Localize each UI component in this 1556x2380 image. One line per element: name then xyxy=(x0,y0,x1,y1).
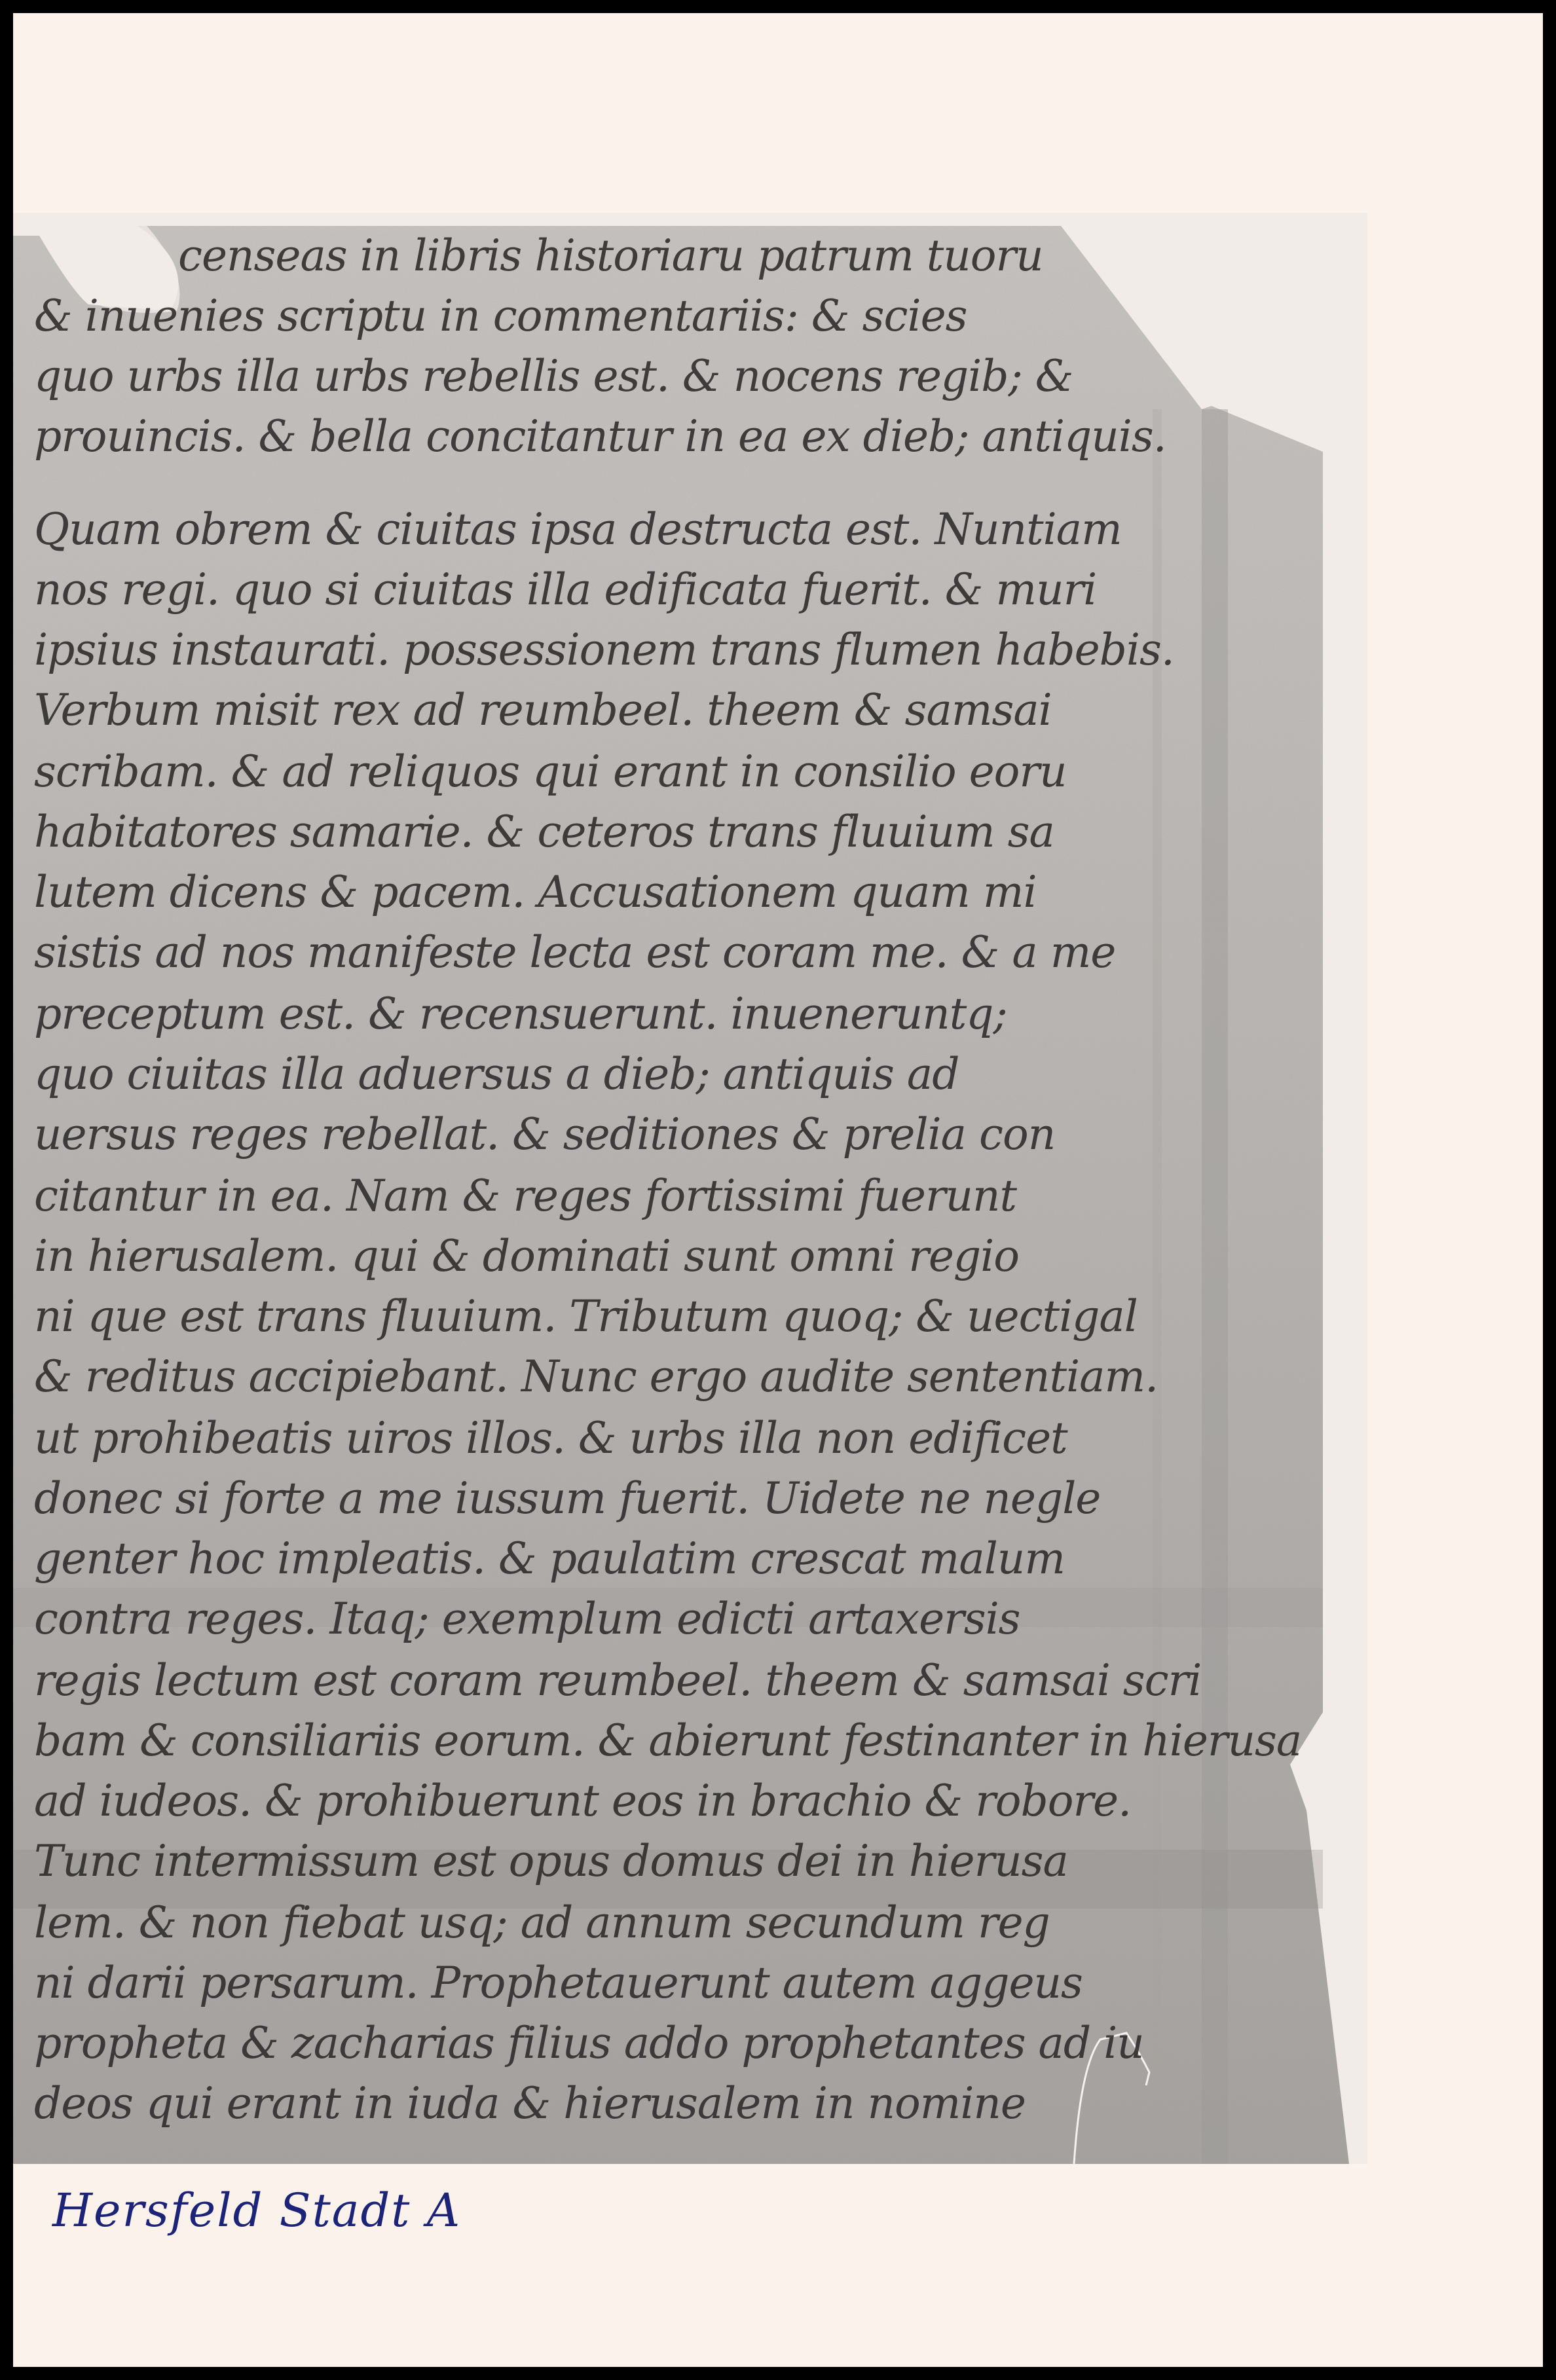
manuscript-line: scribam. & ad reliquos qui erant in cons… xyxy=(34,746,1066,797)
manuscript-line: censeas in libris historiaru patrum tuor… xyxy=(178,230,1043,281)
manuscript-line: ni que est trans fluuium. Tributum quoq;… xyxy=(34,1291,1138,1342)
manuscript-line: ut prohibeatis uiros illos. & urbs illa … xyxy=(34,1413,1067,1463)
manuscript-line: & reditus accipiebant. Nunc ergo audite … xyxy=(34,1351,1158,1402)
manuscript-line: citantur in ea. Nam & reges fortissimi f… xyxy=(34,1171,1016,1221)
manuscript-line: uersus reges rebellat. & seditiones & pr… xyxy=(34,1109,1055,1160)
manuscript-line: Tunc intermissum est opus domus dei in h… xyxy=(34,1836,1068,1886)
handwritten-caption: Hersfeld Stadt A xyxy=(52,2184,461,2237)
manuscript-line: deos qui erant in iuda & hierusalem in n… xyxy=(34,2078,1026,2129)
manuscript-line: propheta & zacharias filius addo prophet… xyxy=(34,2018,1144,2068)
manuscript-line: preceptum est. & recensuerunt. inuenerun… xyxy=(34,989,1007,1039)
manuscript-line: & inuenies scriptu in commentariis: & sc… xyxy=(34,291,967,341)
manuscript-line: sistis ad nos manifeste lecta est coram … xyxy=(34,927,1115,978)
manuscript-line: donec si forte a me iussum fuerit. Uidet… xyxy=(34,1473,1100,1524)
manuscript-line: bam & consiliariis eorum. & abierunt fes… xyxy=(34,1715,1301,1766)
manuscript-line: ni darii persarum. Prophetauerunt autem … xyxy=(34,1958,1083,2008)
manuscript-line: in hierusalem. qui & dominati sunt omni … xyxy=(34,1231,1019,1281)
manuscript-line: lem. & non fiebat usq; ad annum secundum… xyxy=(34,1897,1050,1948)
manuscript-line: ipsius instaurati. possessionem trans fl… xyxy=(34,625,1174,675)
manuscript-line: nos regi. quo si ciuitas illa edificata … xyxy=(34,564,1096,615)
manuscript-line: regis lectum est coram reumbeel. theem &… xyxy=(34,1655,1201,1706)
manuscript-line: habitatores samarie. & ceteros trans flu… xyxy=(34,807,1054,857)
manuscript-line: quo urbs illa urbs rebellis est. & nocen… xyxy=(34,351,1073,401)
manuscript-line: prouincis. & bella concitantur in ea ex … xyxy=(34,411,1166,462)
manuscript-line: contra reges. Itaq; exemplum edicti arta… xyxy=(34,1594,1020,1644)
manuscript-line: ad iudeos. & prohibuerunt eos in brachio… xyxy=(34,1776,1131,1826)
manuscript-line: Verbum misit rex ad reumbeel. theem & sa… xyxy=(34,685,1052,735)
manuscript-line: Quam obrem & ciuitas ipsa destructa est.… xyxy=(34,504,1122,555)
manuscript-line: lutem dicens & pacem. Accusationem quam … xyxy=(34,867,1037,917)
manuscript-line: genter hoc impleatis. & paulatim crescat… xyxy=(34,1533,1065,1584)
manuscript-line: quo ciuitas illa aduersus a dieb; antiqu… xyxy=(34,1049,959,1099)
